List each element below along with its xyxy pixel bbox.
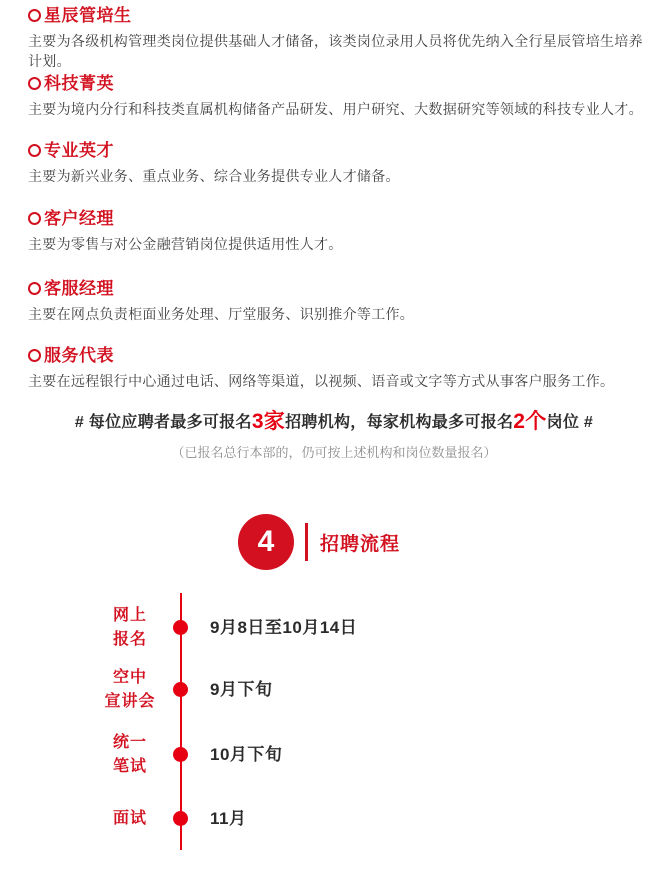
section-4-header: 4 招聘流程 (238, 514, 400, 570)
job-section-professional-talent: 专业英才 主要为新兴业务、重点业务、综合业务提供专业人才储备。 (28, 141, 656, 186)
timeline-label-line: 空中 (90, 666, 170, 690)
ring-bullet-icon (28, 9, 41, 22)
job-category-description: 主要为各级机构管理类岗位提供基础人才储备，该类岗位录用人员将优先纳入全行星辰管培… (28, 31, 656, 71)
timeline-label-line: 报名 (90, 628, 170, 652)
note-text: 岗位 # (547, 414, 594, 431)
ring-bullet-icon (28, 212, 41, 225)
section-number-badge: 4 (238, 514, 294, 570)
timeline-step-date: 11月 (210, 807, 246, 831)
job-category-title: 专业英才 (28, 141, 656, 160)
job-category-title: 客户经理 (28, 209, 656, 228)
section-title: 招聘流程 (320, 529, 400, 556)
job-section-service-manager: 客服经理 主要在网点负责柜面业务处理、厅堂服务、识别推介等工作。 (28, 279, 656, 324)
timeline-step-label-online-signup: 网上 报名 (90, 604, 170, 652)
recruitment-article-page: 星辰管培生 主要为各级机构管理类岗位提供基础人才储备，该类岗位录用人员将优先纳入… (0, 0, 668, 872)
timeline-step-date: 9月8日至10月14日 (210, 616, 357, 640)
timeline-step-date: 9月下旬 (210, 678, 272, 702)
job-category-title: 星辰管培生 (28, 6, 656, 25)
vertical-divider (305, 523, 308, 561)
job-section-account-manager: 客户经理 主要为零售与对公金融营销岗位提供适用性人才。 (28, 209, 656, 254)
job-category-title: 客服经理 (28, 279, 656, 298)
application-limit-subnote: （已报名总行本部的，仍可按上述机构和岗位数量报名） (0, 444, 668, 462)
timeline-dot (173, 620, 188, 635)
ring-bullet-icon (28, 144, 41, 157)
timeline-step-label-interview: 面试 (90, 807, 170, 831)
note-highlight-number: 3家 (252, 410, 285, 433)
timeline-label-line: 统一 (90, 731, 170, 755)
job-category-title-text: 专业英才 (44, 141, 114, 160)
job-category-title: 科技菁英 (28, 74, 656, 93)
timeline-label-line: 面试 (90, 807, 170, 831)
job-category-title-text: 客服经理 (44, 279, 114, 298)
timeline-line (180, 593, 182, 850)
ring-bullet-icon (28, 77, 41, 90)
job-category-description: 主要在网点负责柜面业务处理、厅堂服务、识别推介等工作。 (28, 304, 656, 324)
timeline-label-line: 宣讲会 (90, 690, 170, 714)
job-category-title: 服务代表 (28, 346, 656, 365)
job-category-title-text: 服务代表 (44, 346, 114, 365)
timeline-dot (173, 682, 188, 697)
job-category-title-text: 星辰管培生 (44, 6, 132, 25)
note-text: # 每位应聘者最多可报名 (75, 414, 252, 431)
ring-bullet-icon (28, 349, 41, 362)
timeline-dot (173, 811, 188, 826)
timeline-step-label-written-test: 统一 笔试 (90, 731, 170, 779)
job-category-description: 主要为新兴业务、重点业务、综合业务提供专业人才储备。 (28, 166, 656, 186)
job-category-title-text: 科技菁英 (44, 74, 114, 93)
note-text: 招聘机构，每家机构最多可报名 (285, 414, 513, 431)
job-section-tech-elite: 科技菁英 主要为境内分行和科技类直属机构储备产品研发、用户研究、大数据研究等领域… (28, 74, 656, 119)
timeline-label-line: 笔试 (90, 755, 170, 779)
note-highlight-number: 2个 (513, 410, 546, 433)
application-limit-note: # 每位应聘者最多可报名3家招聘机构，每家机构最多可报名2个岗位 # (0, 408, 668, 437)
job-category-description: 主要在远程银行中心通过电话、网络等渠道，以视频、语音或文字等方式从事客户服务工作… (28, 371, 656, 391)
timeline-dot (173, 747, 188, 762)
ring-bullet-icon (28, 282, 41, 295)
job-category-title-text: 客户经理 (44, 209, 114, 228)
job-section-star-trainee: 星辰管培生 主要为各级机构管理类岗位提供基础人才储备，该类岗位录用人员将优先纳入… (28, 6, 656, 71)
job-category-description: 主要为零售与对公金融营销岗位提供适用性人才。 (28, 234, 656, 254)
timeline-label-line: 网上 (90, 604, 170, 628)
job-section-service-representative: 服务代表 主要在远程银行中心通过电话、网络等渠道，以视频、语音或文字等方式从事客… (28, 346, 656, 391)
timeline-step-date: 10月下旬 (210, 743, 282, 767)
timeline-step-label-online-presentation: 空中 宣讲会 (90, 666, 170, 714)
job-category-description: 主要为境内分行和科技类直属机构储备产品研发、用户研究、大数据研究等领域的科技专业… (28, 99, 656, 119)
